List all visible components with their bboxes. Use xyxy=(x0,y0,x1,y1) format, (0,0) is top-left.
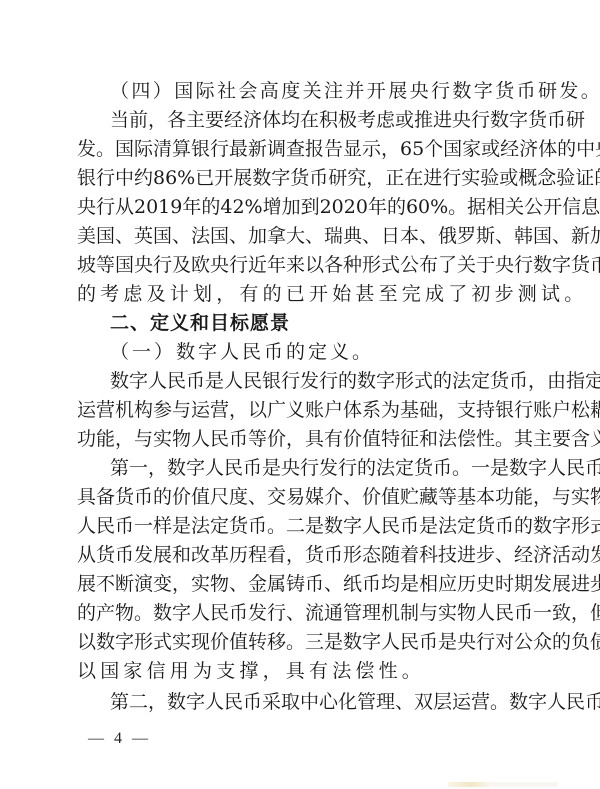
paragraph-line: 第二，数字人民币采取中心化管理、双层运营。数字人民币 xyxy=(110,688,522,717)
document-page: （四）国际社会高度关注并开展央行数字货币研发。 当前，各主要经济体均在积极考虑或… xyxy=(0,0,600,789)
paragraph-line: 以国家信用为支撑，具有法偿性。 xyxy=(77,657,522,686)
paragraph-line: 坡等国央行及欧央行近年来以各种形式公布了关于央行数字货币 xyxy=(77,251,522,280)
chapter-heading: 二、定义和目标愿景 xyxy=(110,309,310,338)
paragraph-line: 的产物。数字人民币发行、流通管理机制与实物人民币一致，但 xyxy=(77,599,522,628)
paragraph-line: 美国、英国、法国、加拿大、瑞典、日本、俄罗斯、韩国、新加 xyxy=(77,222,522,251)
paragraph-line: 人民币一样是法定货币。二是数字人民币是法定货币的数字形式。 xyxy=(77,512,522,541)
section-heading-4: （四）国际社会高度关注并开展央行数字货币研发。 xyxy=(110,77,465,106)
section-heading-1: （一）数字人民币的定义。 xyxy=(110,338,310,367)
paragraph-line: 展不断演变，实物、金属铸币、纸币均是相应历史时期发展进步 xyxy=(77,570,522,599)
paragraph-line: 数字人民币是人民银行发行的数字形式的法定货币，由指定 xyxy=(110,367,522,396)
paragraph-line: 运营机构参与运营，以广义账户体系为基础，支持银行账户松耦合 xyxy=(77,396,522,425)
paragraph-line: 具备货币的价值尺度、交易媒介、价值贮藏等基本功能，与实物 xyxy=(77,483,522,512)
paragraph-line: 功能，与实物人民币等价，具有价值特征和法偿性。其主要含义是： xyxy=(77,425,522,454)
paragraph-line: 的考虑及计划，有的已开始甚至完成了初步测试。 xyxy=(77,280,522,309)
paragraph-line: 以数字形式实现价值转移。三是数字人民币是央行对公众的负债， xyxy=(77,628,522,657)
paragraph-line: 银行中约86%已开展数字货币研究，正在进行实验或概念验证的 xyxy=(77,164,522,193)
paragraph-line: 第一，数字人民币是央行发行的法定货币。一是数字人民币 xyxy=(110,454,522,483)
page-number: — 4 — xyxy=(88,727,151,751)
paragraph-line: 发。国际清算银行最新调查报告显示，65个国家或经济体的中央 xyxy=(77,135,522,164)
paragraph-line: 从货币发展和改革历程看，货币形态随着科技进步、经济活动发 xyxy=(77,541,522,570)
watermark-logo xyxy=(448,782,558,787)
paragraph-line: 央行从2019年的42%增加到2020年的60%。据相关公开信息， xyxy=(77,193,522,222)
paragraph-line: 当前，各主要经济体均在积极考虑或推进央行数字货币研 xyxy=(110,106,522,135)
